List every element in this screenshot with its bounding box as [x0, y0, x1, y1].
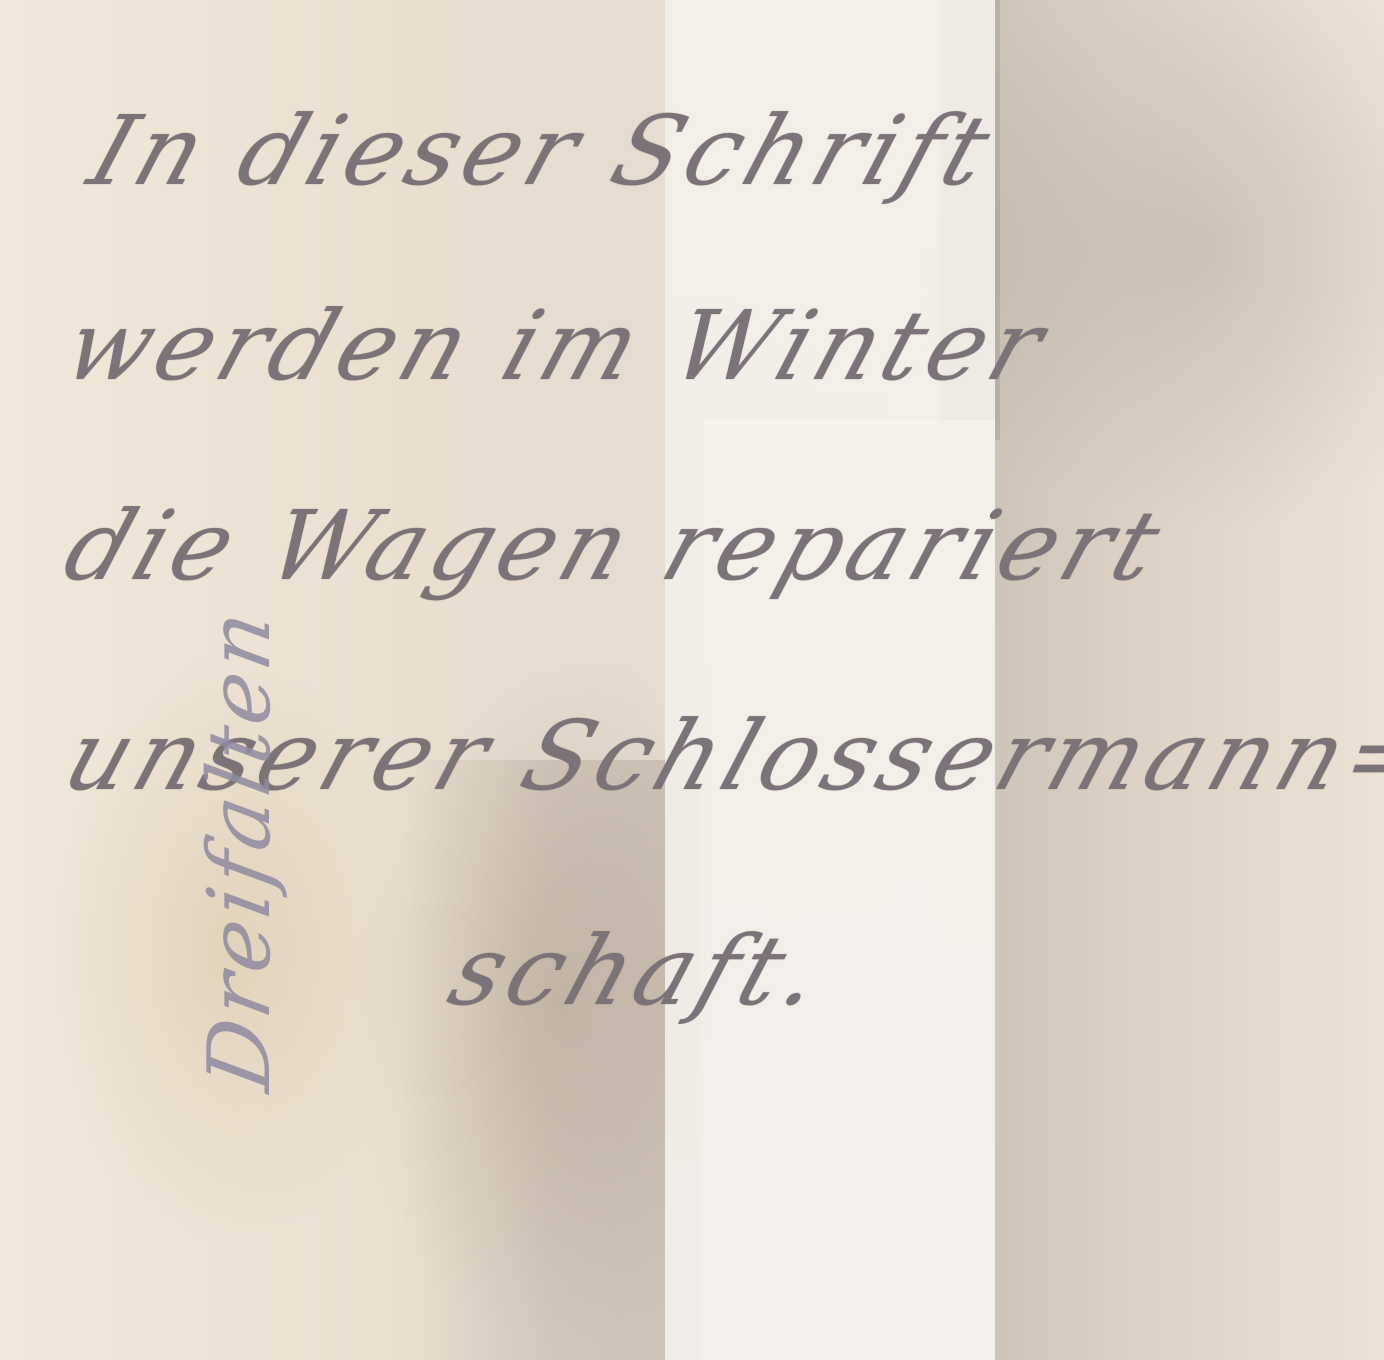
margin-signature: Dreifalten [190, 600, 290, 1098]
handwritten-line-2: werden im Winter [52, 290, 1063, 402]
handwritten-line-5: schaft. [437, 915, 842, 1027]
handwritten-line-3: die Wagen repariert [52, 490, 1179, 602]
shadow-band [940, 0, 1384, 1360]
paper-stain [400, 760, 700, 1360]
handwritten-line-1: In dieser Schrift [77, 95, 1009, 207]
